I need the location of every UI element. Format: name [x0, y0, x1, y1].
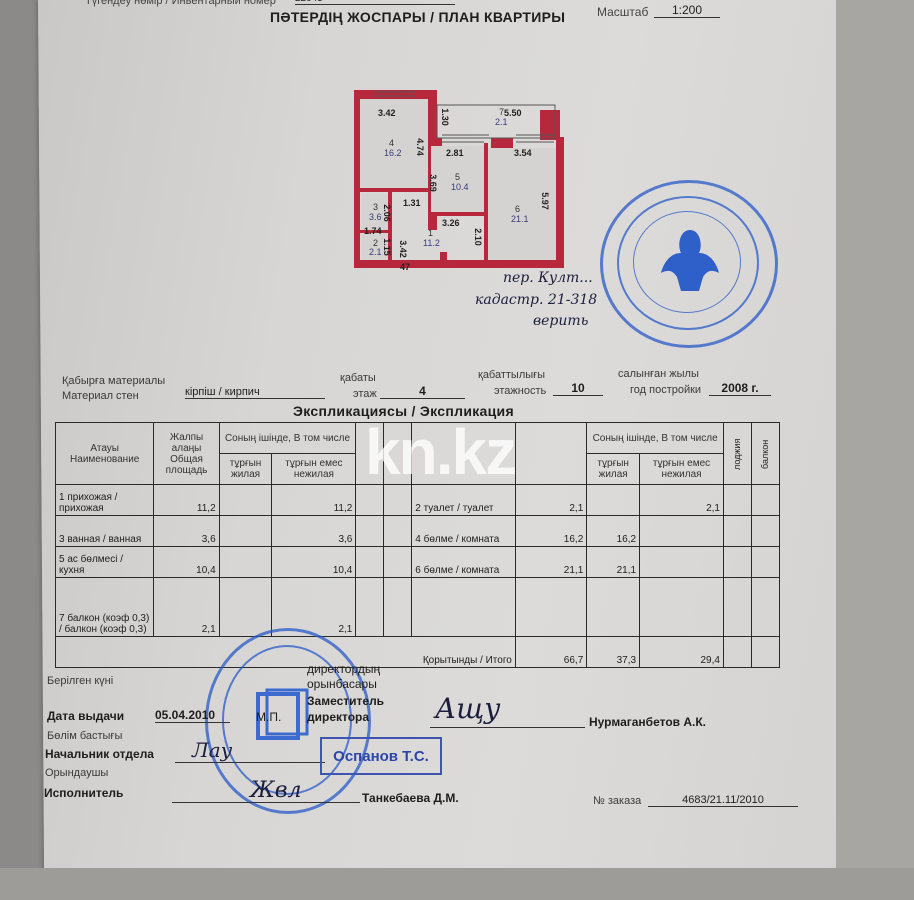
cell-living-area-right: 21,1 — [587, 547, 640, 578]
dim-label: 2.81 — [446, 148, 464, 158]
table-row: 1 прихожая / прихожая11,211,22 туалет / … — [56, 485, 780, 516]
floor-value: 4 — [380, 384, 465, 399]
cell-living-area — [219, 485, 272, 516]
page-title: ПӘТЕРДІҢ ЖОСПАРЫ / ПЛАН КВАРТИРЫ — [270, 9, 565, 25]
dim-label: 2.10 — [473, 228, 483, 246]
cell-loggia — [356, 516, 384, 547]
header-nonliving: тұрғын емес нежилая — [272, 454, 356, 485]
issue-label-ru: Дата выдачи — [47, 709, 124, 723]
cell-nonliving-area: 3,6 — [272, 516, 356, 547]
dim-label: 1.74 — [364, 226, 382, 236]
room-area: 10.4 — [451, 182, 469, 192]
scale-value: 1:200 — [654, 3, 720, 18]
executor-label-kz: Орындаушы — [45, 767, 108, 779]
dim-label: 3.26 — [442, 218, 460, 228]
room-area: 16.2 — [384, 148, 402, 158]
cell-total-area: 3,6 — [154, 516, 219, 547]
header-living-right: тұрғын жилая — [587, 454, 640, 485]
deputy-label-ru-2: директора — [307, 710, 369, 724]
wall-material-label-ru: Материал стен — [62, 390, 139, 402]
cell-total-area-right: 16,2 — [515, 516, 586, 547]
header-nonliving-right: тұрғын емес нежилая — [640, 454, 724, 485]
year-label-kz: салынған жылы — [618, 368, 699, 380]
head-name-stamp: Оспанов Т.С. — [320, 737, 442, 775]
cell-balcony-right — [751, 578, 779, 637]
room-area: 11.2 — [423, 238, 440, 248]
deputy-signature: Ащу — [435, 692, 500, 725]
cell-living-area — [219, 578, 272, 637]
cell-name-right: 4 бөлме / комната — [412, 516, 516, 547]
cell-nonliving-area-right — [640, 547, 724, 578]
order-value: 4683/21.11/2010 — [648, 794, 798, 807]
header-including: Соның ішінде, В том числе — [219, 423, 356, 454]
cell-name: 7 балкон (коэф 0,3) / балкон (коэф 0,3) — [56, 578, 154, 637]
table-row: 5 ас бөлмесі / кухня10,410,46 бөлме / ко… — [56, 547, 780, 578]
background-surface-bottom — [0, 868, 914, 900]
head-label-kz: Бөлім бастығы — [47, 730, 122, 742]
dim-label: 3.42 — [398, 240, 408, 258]
handwritten-note: кадастр. 21-318 — [475, 292, 597, 308]
cell-loggia — [356, 547, 384, 578]
room-area: 2.1 — [495, 117, 508, 127]
cell-loggia-right — [723, 578, 751, 637]
deputy-label-ru-1: Заместитель — [307, 694, 384, 708]
cell-name: 3 ванная / ванная — [56, 516, 154, 547]
header-loggia-right: лоджия — [723, 423, 751, 485]
dim-label: 1.30 — [440, 108, 450, 126]
cell-name: 5 ас бөлмесі / кухня — [56, 547, 154, 578]
room-number: 1 — [428, 228, 433, 238]
floor-label-kz: қабаты — [340, 372, 376, 384]
inventory-label: Түгендеу нөмір / Инвентарный номер — [85, 0, 276, 7]
mp-label: М.П. — [256, 710, 281, 724]
cell-balcony-right — [751, 516, 779, 547]
cell-total-area-right: 21,1 — [515, 547, 586, 578]
floor-plan: 3.42 4.74 1.30 5.50 2.81 3.54 3.69 5.97 … — [354, 90, 564, 270]
cell-total-area: 11,2 — [154, 485, 219, 516]
cell-balcony — [384, 516, 412, 547]
cell-loggia-right — [723, 485, 751, 516]
cell-name-right: 2 туалет / туалет — [412, 485, 516, 516]
cell-balcony — [384, 547, 412, 578]
dim-label: 1.31 — [403, 198, 421, 208]
cell-total-area: 10,4 — [154, 547, 219, 578]
cell-nonliving-area-right — [640, 578, 724, 637]
cell-balcony — [384, 485, 412, 516]
deputy-signature-line — [430, 727, 585, 728]
cell-living-area-right — [587, 485, 640, 516]
floors-label-ru: этажность — [494, 385, 546, 397]
watermark: kn.kz — [365, 415, 515, 489]
head-label-ru: Начальник отдела — [45, 747, 154, 761]
cell-total-area-right — [515, 578, 586, 637]
cell-loggia — [356, 578, 384, 637]
room-area: 3.6 — [369, 212, 382, 222]
year-value: 2008 г. — [709, 381, 771, 396]
total-living: 37,3 — [587, 637, 640, 668]
floors-label-kz: қабаттылығы — [478, 369, 545, 381]
total-nonliving: 29,4 — [640, 637, 724, 668]
cell-total-area: 2,1 — [154, 578, 219, 637]
dim-label: 5.97 — [540, 192, 550, 210]
cell-balcony-right — [751, 547, 779, 578]
header-living: тұрғын жилая — [219, 454, 272, 485]
header-including-right: Соның ішінде, В том числе — [587, 423, 724, 454]
room-number: 3 — [373, 202, 378, 212]
header-balcony-right: балкон — [751, 423, 779, 485]
cell-balcony — [384, 578, 412, 637]
handwritten-note: верить — [533, 313, 588, 329]
cell-living-area-right: 16,2 — [587, 516, 640, 547]
total-balcony — [751, 637, 779, 668]
official-stamp — [600, 180, 778, 348]
cell-name-right: 6 бөлме / комната — [412, 547, 516, 578]
wall-material-value: кірпіш / кирпич — [185, 386, 325, 399]
floors-value: 10 — [553, 381, 603, 396]
head-signature-line — [175, 762, 325, 763]
executor-signature: Жвл — [250, 778, 302, 803]
deputy-name: Нурмаганбетов А.К. — [589, 715, 706, 729]
cell-loggia — [356, 485, 384, 516]
header-total-area: Жалпы алаңы Общая площадь — [154, 423, 219, 485]
dim-label: 3.69 — [428, 174, 438, 192]
cell-nonliving-area: 11,2 — [272, 485, 356, 516]
header-total-area-right — [515, 423, 586, 485]
dim-label: 1.15 — [382, 238, 392, 256]
executor-name: Танкебаева Д.М. — [362, 791, 459, 805]
total-loggia — [723, 637, 751, 668]
cell-living-area — [219, 547, 272, 578]
cell-name-right — [412, 578, 516, 637]
room-number: 4 — [389, 138, 394, 148]
cell-balcony-right — [751, 485, 779, 516]
dim-label: 3.42 — [378, 108, 396, 118]
year-label-ru: год постройки — [630, 384, 701, 396]
cell-nonliving-area-right — [640, 516, 724, 547]
header-name: Атауы Наименование — [56, 423, 154, 485]
cell-name: 1 прихожая / прихожая — [56, 485, 154, 516]
dim-label: 2.06 — [382, 204, 392, 222]
cell-loggia-right — [723, 547, 751, 578]
dim-label: 4.74 — [415, 138, 425, 156]
table-row: 3 ванная / ванная3,63,64 бөлме / комната… — [56, 516, 780, 547]
room-number: 7 — [499, 107, 504, 117]
wall-material-label-kz: Қабырға материалы — [62, 375, 165, 387]
deputy-label-kz-2: орынбасары — [307, 677, 377, 691]
cell-nonliving-area: 10,4 — [272, 547, 356, 578]
scale-label: Масштаб — [597, 5, 648, 19]
issue-date: 05.04.2010 — [155, 708, 230, 723]
room-area: 2.1 — [369, 247, 382, 257]
floor-label-ru: этаж — [353, 388, 377, 400]
cell-living-area — [219, 516, 272, 547]
inventory-value: 22045 — [295, 0, 455, 5]
issue-label-kz: Берілген күні — [47, 675, 113, 687]
cell-loggia-right — [723, 516, 751, 547]
handwritten-note: пер. Култ... — [503, 270, 593, 286]
room-number: 6 — [515, 204, 520, 214]
total-area: 66,7 — [515, 637, 586, 668]
dim-label: 3.54 — [514, 148, 532, 158]
dim-label: 47 — [400, 262, 410, 272]
room-number: 5 — [455, 172, 460, 182]
head-signature: Лау — [192, 738, 232, 762]
table-total-row: Қорытынды / Итого 66,7 37,3 29,4 — [56, 637, 780, 668]
table-row: 7 балкон (коэф 0,3) / балкон (коэф 0,3)2… — [56, 578, 780, 637]
executor-label-ru: Исполнитель — [44, 786, 123, 800]
room-area: 21.1 — [511, 214, 529, 224]
deputy-label-kz-1: директордың — [307, 662, 380, 676]
background-surface — [836, 0, 914, 900]
order-label: № заказа — [593, 795, 641, 807]
cell-total-area-right: 2,1 — [515, 485, 586, 516]
cell-nonliving-area-right: 2,1 — [640, 485, 724, 516]
cell-living-area-right — [587, 578, 640, 637]
emblem-icon — [655, 225, 725, 295]
